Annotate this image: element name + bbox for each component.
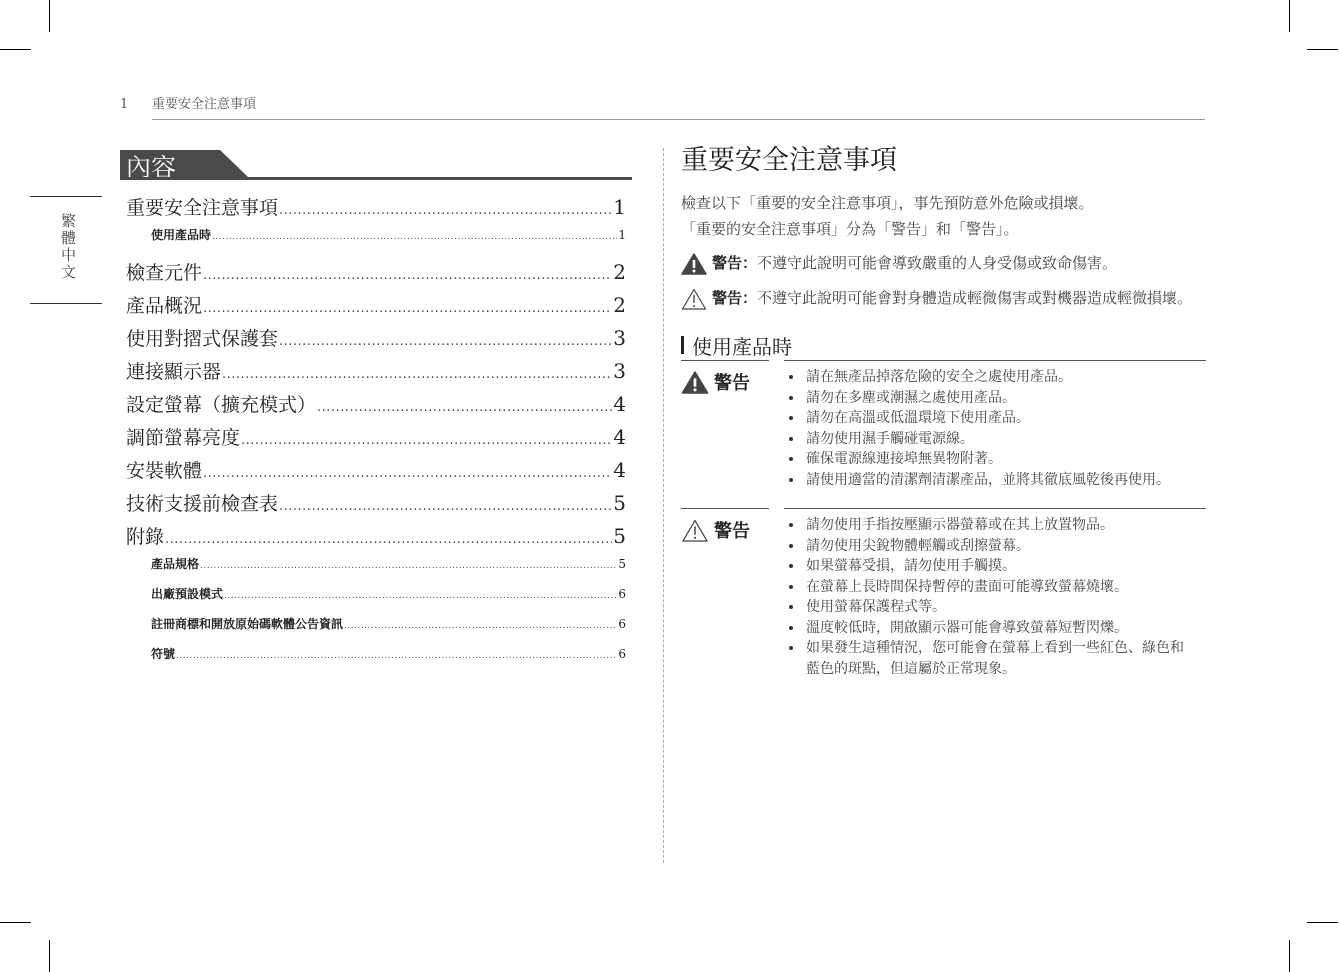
page-number: 1 bbox=[120, 97, 152, 112]
toc-entry-page: 3 bbox=[613, 326, 626, 350]
toc-entry-title: 安裝軟體 bbox=[126, 456, 202, 483]
crop-mark bbox=[1289, 940, 1290, 972]
language-label: 繁體中文 bbox=[58, 213, 79, 281]
toc-entry-page: 5 bbox=[613, 491, 626, 515]
warning-filled-icon bbox=[681, 371, 709, 394]
crop-mark bbox=[1307, 49, 1338, 50]
list-item: 使用螢幕保護程式等。 bbox=[806, 597, 1206, 618]
legend-warning-severe: 警告： 不遵守此說明可能會導致嚴重的人身受傷或致命傷害。 bbox=[681, 251, 1206, 276]
warning-label: 警告 bbox=[714, 369, 750, 395]
list-item: 請勿在高溫或低溫環境下使用產品。 bbox=[806, 408, 1206, 429]
toc-entry-title: 註冊商標和開放原始碼軟體公告資訊 bbox=[151, 615, 343, 632]
toc-entry-title: 附錄 bbox=[126, 522, 164, 549]
running-header-title: 重要安全注意事項 bbox=[152, 97, 256, 112]
toc-leader-dots bbox=[200, 561, 617, 571]
toc-entry[interactable]: 產品概況2 bbox=[126, 291, 626, 324]
toc-leader-dots bbox=[241, 433, 612, 448]
toc-subentry[interactable]: 產品規格5 bbox=[126, 555, 626, 585]
toc-entry-page: 4 bbox=[613, 425, 626, 449]
toc-leader-dots bbox=[165, 532, 612, 547]
warning-list: 請在無產品掉落危險的安全之處使用產品。 請勿在多塵或潮濕之處使用產品。 請勿在高… bbox=[784, 367, 1206, 490]
intro-line: 「重要的安全注意事項」分為「警告」和「警告」。 bbox=[681, 216, 1206, 242]
legend-text: 不遵守此說明可能會導致嚴重的人身受傷或致命傷害。 bbox=[757, 251, 1206, 276]
toc-heading-rule bbox=[120, 177, 632, 180]
legend-text: 不遵守此說明可能會對身體造成輕微傷害或對機器造成輕微損壞。 bbox=[757, 286, 1206, 311]
toc-entry-title: 技術支援前檢查表 bbox=[126, 489, 278, 516]
toc-entry[interactable]: 技術支援前檢查表5 bbox=[126, 489, 626, 522]
toc-entry-title: 重要安全注意事項 bbox=[126, 193, 278, 220]
legend-label: 警告： bbox=[712, 251, 757, 276]
section-heading: 重要安全注意事項 bbox=[681, 138, 1206, 190]
crop-mark bbox=[1289, 0, 1290, 32]
toc-subentry[interactable]: 使用產品時1 bbox=[126, 226, 626, 258]
toc-heading: 內容 bbox=[120, 150, 632, 180]
toc-leader-dots bbox=[212, 232, 617, 242]
list-item: 請勿使用手指按壓顯示器螢幕或在其上放置物品。 bbox=[806, 515, 1206, 536]
toc-entry-page: 5 bbox=[618, 557, 626, 571]
warning-block-minor: 警告 請勿使用手指按壓顯示器螢幕或在其上放置物品。 請勿使用尖銳物體輕觸或刮擦螢… bbox=[681, 508, 1206, 679]
toc-entry-title: 連接顯示器 bbox=[126, 357, 221, 384]
safety-section: 重要安全注意事項 檢查以下「重要的安全注意事項」，事先預防意外危險或損壞。 「重… bbox=[681, 138, 1206, 679]
crop-mark bbox=[0, 49, 31, 50]
toc-entry[interactable]: 設定螢幕（擴充模式）4 bbox=[126, 390, 626, 423]
toc-entry-page: 6 bbox=[618, 647, 626, 661]
list-item: 如果發生這種情況，您可能會在螢幕上看到一些紅色、綠色和藍色的斑點，但這屬於正常現… bbox=[806, 638, 1206, 679]
toc-leader-dots bbox=[344, 621, 617, 631]
toc-subentry[interactable]: 符號6 bbox=[126, 645, 626, 675]
toc-leader-dots bbox=[279, 203, 612, 218]
warning-label: 警告 bbox=[714, 517, 750, 543]
toc-entry-page: 1 bbox=[613, 195, 626, 219]
table-of-contents: 重要安全注意事項1 使用產品時1 檢查元件2 產品概況2 使用對摺式保護套3 連… bbox=[126, 193, 626, 675]
toc-title-tab: 內容 bbox=[120, 150, 248, 177]
warning-outline-icon bbox=[681, 519, 709, 542]
toc-subentry[interactable]: 註冊商標和開放原始碼軟體公告資訊6 bbox=[126, 615, 626, 645]
toc-leader-dots bbox=[279, 334, 612, 349]
language-side-tab: 繁體中文 bbox=[30, 196, 102, 304]
toc-entry[interactable]: 附錄5 bbox=[126, 522, 626, 555]
toc-entry-page: 1 bbox=[618, 228, 626, 242]
warning-outline-icon bbox=[681, 288, 707, 310]
toc-entry-page: 3 bbox=[613, 359, 626, 383]
toc-subentry[interactable]: 出廠預設模式6 bbox=[126, 585, 626, 615]
warning-filled-icon bbox=[681, 253, 707, 275]
heading-bar bbox=[681, 336, 684, 354]
header-rule bbox=[152, 119, 1205, 120]
toc-entry-page: 4 bbox=[613, 392, 626, 416]
toc-leader-dots bbox=[176, 651, 617, 661]
toc-entry-title: 使用對摺式保護套 bbox=[126, 324, 278, 351]
list-item: 請勿在多塵或潮濕之處使用產品。 bbox=[806, 388, 1206, 409]
toc-entry[interactable]: 調節螢幕亮度4 bbox=[126, 423, 626, 456]
toc-leader-dots bbox=[279, 499, 612, 514]
list-item: 在螢幕上長時間保持暫停的畫面可能導致螢幕燒壞。 bbox=[806, 577, 1206, 598]
running-header: 1重要安全注意事項 bbox=[120, 93, 256, 112]
list-item: 請在無產品掉落危險的安全之處使用產品。 bbox=[806, 367, 1206, 388]
legend-warning-minor: 警告： 不遵守此說明可能會對身體造成輕微傷害或對機器造成輕微損壞。 bbox=[681, 286, 1206, 311]
list-item: 請使用適當的清潔劑清潔產品，並將其徹底風乾後再使用。 bbox=[806, 470, 1206, 491]
toc-entry-title: 產品概況 bbox=[126, 291, 202, 318]
toc-entry-title: 產品規格 bbox=[151, 555, 199, 572]
toc-leader-dots bbox=[203, 301, 612, 316]
crop-mark bbox=[49, 940, 50, 972]
toc-entry[interactable]: 重要安全注意事項1 bbox=[126, 193, 626, 226]
list-item: 請勿使用尖銳物體輕觸或刮擦螢幕。 bbox=[806, 536, 1206, 557]
toc-entry-title: 設定螢幕（擴充模式） bbox=[126, 390, 316, 417]
toc-entry[interactable]: 使用對摺式保護套3 bbox=[126, 324, 626, 357]
toc-entry[interactable]: 安裝軟體4 bbox=[126, 456, 626, 489]
legend-label: 警告： bbox=[712, 286, 757, 311]
toc-entry-title: 調節螢幕亮度 bbox=[126, 423, 240, 450]
toc-entry-title: 出廠預設模式 bbox=[151, 585, 223, 602]
toc-entry-title: 符號 bbox=[151, 645, 175, 662]
toc-entry-title: 檢查元件 bbox=[126, 258, 202, 285]
warning-list: 請勿使用手指按壓顯示器螢幕或在其上放置物品。 請勿使用尖銳物體輕觸或刮擦螢幕。 … bbox=[784, 515, 1206, 679]
toc-leader-dots bbox=[224, 591, 617, 601]
warning-block-severe: 警告 請在無產品掉落危險的安全之處使用產品。 請勿在多塵或潮濕之處使用產品。 請… bbox=[681, 360, 1206, 490]
list-item: 如果螢幕受損，請勿使用手觸摸。 bbox=[806, 556, 1206, 577]
toc-entry-page: 2 bbox=[613, 260, 626, 284]
crop-mark bbox=[0, 922, 31, 923]
toc-leader-dots bbox=[317, 400, 612, 415]
list-item: 溫度較低時，開啟顯示器可能會導致螢幕短暫閃爍。 bbox=[806, 618, 1206, 639]
toc-leader-dots bbox=[203, 268, 612, 283]
intro-text: 檢查以下「重要的安全注意事項」，事先預防意外危險或損壞。 「重要的安全注意事項」… bbox=[681, 190, 1206, 242]
list-item: 請勿使用濕手觸碰電源線。 bbox=[806, 429, 1206, 450]
toc-entry[interactable]: 檢查元件2 bbox=[126, 258, 626, 291]
column-divider bbox=[663, 148, 664, 863]
toc-entry-page: 5 bbox=[613, 524, 626, 548]
toc-entry-page: 6 bbox=[618, 617, 626, 631]
toc-leader-dots bbox=[222, 367, 612, 382]
toc-leader-dots bbox=[203, 466, 612, 481]
crop-mark bbox=[49, 0, 50, 32]
subsection-heading: 使用產品時 bbox=[681, 330, 1206, 360]
toc-entry-page: 4 bbox=[613, 458, 626, 482]
list-item: 確保電源線連接埠無異物附著。 bbox=[806, 449, 1206, 470]
toc-entry-title: 使用產品時 bbox=[151, 226, 211, 243]
crop-mark bbox=[1307, 922, 1338, 923]
intro-line: 檢查以下「重要的安全注意事項」，事先預防意外危險或損壞。 bbox=[681, 190, 1206, 216]
toc-entry-page: 2 bbox=[613, 293, 626, 317]
toc-entry-page: 6 bbox=[618, 587, 626, 601]
subsection-title: 使用產品時 bbox=[692, 331, 792, 360]
toc-entry[interactable]: 連接顯示器3 bbox=[126, 357, 626, 390]
